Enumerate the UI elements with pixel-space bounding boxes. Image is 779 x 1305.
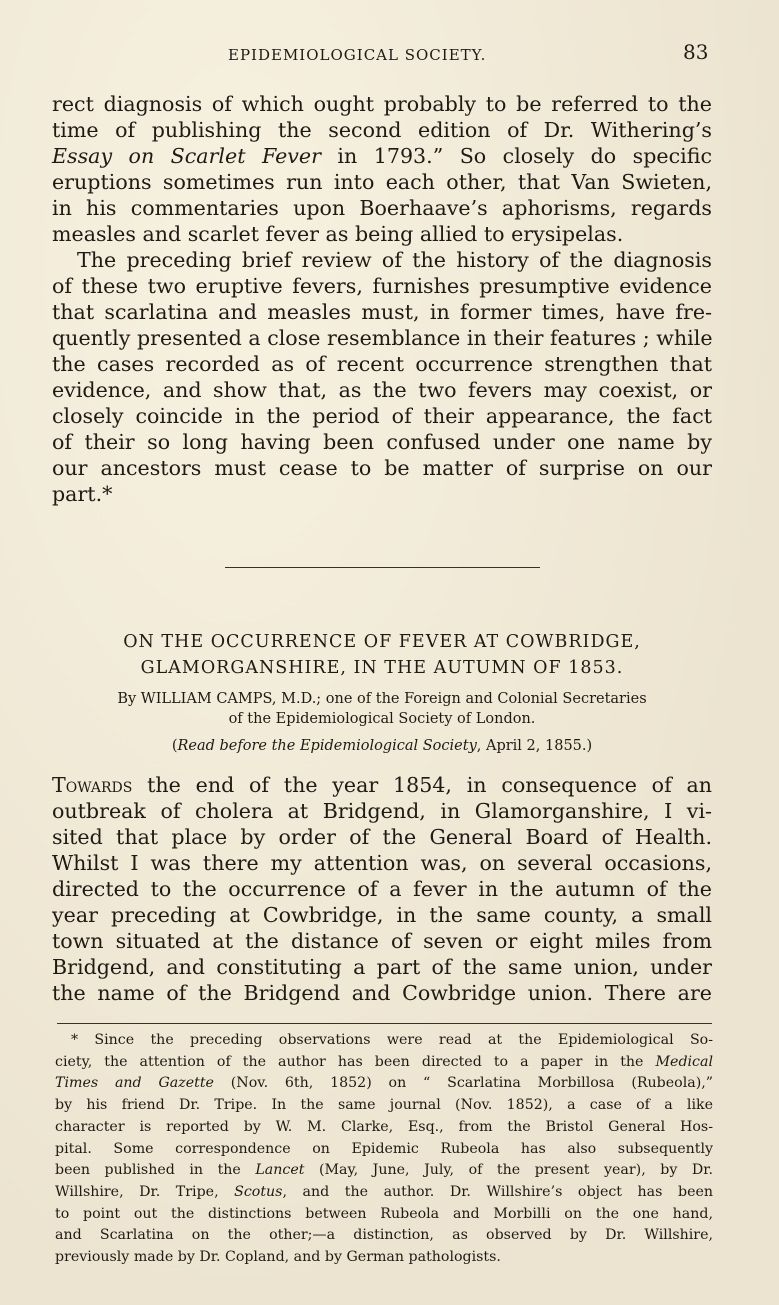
text-line: our ancestors must cease to be matter of… [52,455,712,481]
text-line: the name of the Bridgend and Cowbridge u… [52,980,712,1006]
text-line: part.* [52,481,712,507]
read-before-note: (Read before the Epidemiological Society… [52,736,712,756]
text-line: that scarlatina and measles must, in for… [52,299,712,325]
footnote-divider [57,1023,712,1024]
footnote-line: pital. Some correspondence on Epidemic R… [55,1139,713,1161]
text-line: year preceding at Cowbridge, in the same… [52,902,712,928]
text-fragment: Willshire, Dr. Tripe, [55,1184,234,1200]
article-title: ON THE OCCURRENCE OF FEVER AT COWBRIDGE,… [52,629,712,681]
text-line: eruptions sometimes run into each other,… [52,169,712,195]
text-line: directed to the occurrence of a fever in… [52,876,712,902]
text-line: the cases recorded as of recent occurren… [52,351,712,377]
footnote-line: Willshire, Dr. Tripe, Scotus, and the au… [55,1182,713,1204]
book-page: EPIDEMIOLOGICAL SOCIETY. 83 rect diagnos… [0,0,779,1305]
byline-line: of the Epidemiological Society of London… [52,709,712,729]
text-fragment: (May, June, July, of the present year), … [304,1162,713,1178]
article-body: Towards the end of the year 1854, in con… [52,772,712,1006]
text-line: of these two eruptive fevers, furnishes … [52,273,712,299]
footnote-line: * Since the preceding observations were … [55,1030,713,1052]
journal-title-italic: Medical [656,1054,713,1070]
footnote-line: character is reported by W. M. Clarke, E… [55,1117,713,1139]
footnote-line: and Scarlatina on the other;—a distincti… [55,1225,713,1247]
text-fragment: in 1793.” So closely do specific [321,144,712,168]
continued-paragraph-2: The preceding brief review of the histor… [52,247,712,507]
text-fragment: been published in the [55,1162,255,1178]
text-line: Whilst I was there my attention was, on … [52,850,712,876]
text-line: Bridgend, and constituting a part of the… [52,954,712,980]
continued-paragraph-1: rect diagnosis of which ought probably t… [52,91,712,247]
text-line: sited that place by order of the General… [52,824,712,850]
book-title-italic: Essay on Scarlet Fever [52,144,321,168]
pseudonym-italic: Scotus [234,1184,282,1200]
journal-title-italic: Times and Gazette [55,1075,214,1091]
footnote: * Since the preceding observations were … [55,1030,713,1269]
text-line: town situated at the distance of seven o… [52,928,712,954]
footnote-line: to point out the distinctions between Ru… [55,1204,713,1226]
text-line: quently presented a close resemblance in… [52,325,712,351]
text-line: outbreak of cholera at Bridgend, in Glam… [52,798,712,824]
opening-small-caps: Towards [52,773,132,797]
text-line: The preceding brief review of the histor… [52,247,712,273]
text-line: closely coincide in the period of their … [52,403,712,429]
text-fragment: (Nov. 6th, 1852) on “ Scarlatina Morbill… [214,1075,713,1091]
text-line: rect diagnosis of which ought probably t… [52,91,712,117]
footnote-line: by his friend Dr. Tripe. In the same jou… [55,1095,713,1117]
footnote-line: previously made by Dr. Copland, and by G… [55,1247,713,1269]
text-line: of their so long having been confused un… [52,429,712,455]
page-number: 83 [683,40,708,64]
journal-title-italic: Lancet [255,1162,304,1178]
read-note-italic: Read before the Epidemiological Society [177,738,476,754]
section-divider [225,567,540,568]
text-fragment: ciety, the attention of the author has b… [55,1054,656,1070]
text-line: in his commentaries upon Boerhaave’s aph… [52,195,712,221]
byline-line: By WILLIAM CAMPS, M.D.; one of the Forei… [52,689,712,709]
text-fragment: , April 2, 1855.) [477,738,592,754]
text-line: measles and scarlet fever as being allie… [52,221,712,247]
text-fragment: the end of the year 1854, in consequence… [132,773,712,797]
article-title-line: GLAMORGANSHIRE, IN THE AUTUMN OF 1853. [52,655,712,681]
text-line: evidence, and show that, as the two feve… [52,377,712,403]
text-line: Essay on Scarlet Fever in 1793.” So clos… [52,143,712,169]
text-line: Towards the end of the year 1854, in con… [52,772,712,798]
article-byline: By WILLIAM CAMPS, M.D.; one of the Forei… [52,689,712,729]
article-title-line: ON THE OCCURRENCE OF FEVER AT COWBRIDGE, [52,629,712,655]
footnote-line: been published in the Lancet (May, June,… [55,1160,713,1182]
footnote-line: Times and Gazette (Nov. 6th, 1852) on “ … [55,1073,713,1095]
footnote-line: ciety, the attention of the author has b… [55,1052,713,1074]
text-fragment: , and the author. Dr. Willshire’s object… [282,1184,713,1200]
text-line: time of publishing the second edition of… [52,117,712,143]
running-head-title: EPIDEMIOLOGICAL SOCIETY. [228,46,486,64]
